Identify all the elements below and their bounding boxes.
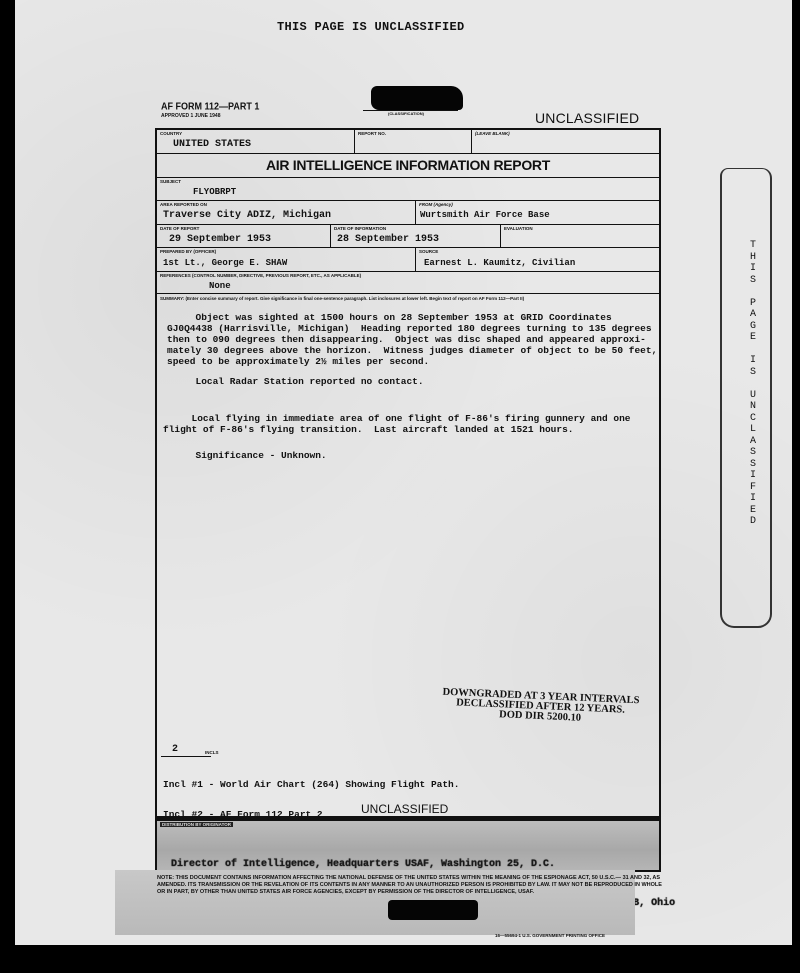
summary-paragraph: Object was sighted at 1500 hours on 28 S… xyxy=(167,312,657,367)
label-country: COUNTRY xyxy=(160,131,182,136)
form-id: AF FORM 112—PART 1 xyxy=(161,101,259,112)
value-source: Earnest L. Kaumitz, Civilian xyxy=(424,258,575,268)
value-prepared-by: 1st Lt., George E. SHAW xyxy=(163,258,287,268)
label-date-of-report: DATE OF REPORT xyxy=(160,226,199,231)
classification-caption: (CLASSIFICATION) xyxy=(388,111,424,116)
report-title: AIR INTELLIGENCE INFORMATION REPORT xyxy=(157,157,659,173)
row-area: AREA REPORTED ON Traverse City ADIZ, Mic… xyxy=(157,201,659,225)
field-from: FROM (Agency) Wurtsmith Air Force Base xyxy=(415,201,659,224)
espionage-act-notice: NOTE: THIS DOCUMENT CONTAINS INFORMATION… xyxy=(157,875,663,896)
row-subject: SUBJECT FLYOBRPT xyxy=(157,178,659,201)
field-date-of-information: DATE OF INFORMATION 28 September 1953 xyxy=(330,225,500,247)
label-source: SOURCE xyxy=(419,249,438,254)
field-evaluation: EVALUATION xyxy=(500,225,659,247)
distribution-box: DISTRIBUTION BY ORIGINATOR Director of I… xyxy=(155,818,661,872)
top-classification-banner: THIS PAGE IS UNCLASSIFIED xyxy=(277,20,465,34)
label-date-of-information: DATE OF INFORMATION xyxy=(334,226,386,231)
label-leave-blank: (LEAVE BLANK) xyxy=(475,131,510,136)
value-from: Wurtsmith Air Force Base xyxy=(420,210,550,220)
value-country: UNITED STATES xyxy=(173,139,251,150)
summary-paragraph: Significance - Unknown. xyxy=(167,450,657,461)
label-report-no: REPORT NO. xyxy=(358,131,386,136)
label-prepared-by: PREPARED BY (Officer) xyxy=(160,249,216,254)
field-leave-blank: (LEAVE BLANK) xyxy=(471,130,659,153)
redaction-mark xyxy=(371,86,463,110)
label-references: REFERENCES (Control number, directive, p… xyxy=(160,273,361,278)
field-date-of-report: DATE OF REPORT 29 September 1953 xyxy=(157,225,330,247)
side-classification-banner: T H I S P A G E I S U N C L A S S I F I … xyxy=(746,240,760,528)
value-area: Traverse City ADIZ, Michigan xyxy=(163,210,331,221)
inclosure-item: Incl #1 - World Air Chart (264) Showing … xyxy=(163,780,459,790)
declassification-stamp: DOWNGRADED AT 3 YEAR INTERVALS DECLASSIF… xyxy=(441,688,639,727)
field-source: SOURCE Earnest L. Kaumitz, Civilian xyxy=(415,248,659,271)
value-subject: FLYOBRPT xyxy=(193,187,236,197)
field-prepared-by: PREPARED BY (Officer) 1st Lt., George E.… xyxy=(157,248,415,271)
field-area: AREA REPORTED ON Traverse City ADIZ, Mic… xyxy=(157,201,415,224)
inclosure-count: 2 xyxy=(172,744,178,755)
summary-paragraph: Local flying in immediate area of one fl… xyxy=(163,413,653,435)
value-date-of-information: 28 September 1953 xyxy=(337,234,439,245)
form-approved-date: APPROVED 1 JUNE 1948 xyxy=(161,113,220,119)
label-summary: SUMMARY: (Enter concise summary of repor… xyxy=(160,296,524,301)
redaction-mark xyxy=(388,900,478,920)
report-form: COUNTRY UNITED STATES REPORT NO. (LEAVE … xyxy=(155,128,661,818)
label-evaluation: EVALUATION xyxy=(504,226,533,231)
label-area: AREA REPORTED ON xyxy=(160,202,207,207)
inclosure-label: INCLS xyxy=(205,750,219,755)
row-title: AIR INTELLIGENCE INFORMATION REPORT xyxy=(157,154,659,178)
row-prepared: PREPARED BY (Officer) 1st Lt., George E.… xyxy=(157,248,659,272)
summary-paragraph: Local Radar Station reported no contact. xyxy=(167,376,657,387)
classification-stamp-top: UNCLASSIFIED xyxy=(535,110,639,126)
inclosure-count-line xyxy=(161,756,211,757)
classification-stamp-bottom: UNCLASSIFIED xyxy=(361,802,448,816)
value-references: None xyxy=(209,281,231,291)
row-country: COUNTRY UNITED STATES REPORT NO. (LEAVE … xyxy=(157,130,659,154)
scanned-page: THIS PAGE IS UNCLASSIFIED AF FORM 112—PA… xyxy=(15,0,792,945)
label-from: FROM (Agency) xyxy=(419,202,453,207)
value-date-of-report: 29 September 1953 xyxy=(169,234,271,245)
row-references: REFERENCES (Control number, directive, p… xyxy=(157,272,659,294)
printer-mark: 16—55694-1 U.S. GOVERNMENT PRINTING OFFI… xyxy=(495,933,605,938)
label-distribution: DISTRIBUTION BY ORIGINATOR xyxy=(160,822,233,827)
field-country: COUNTRY UNITED STATES xyxy=(157,130,354,153)
label-subject: SUBJECT xyxy=(160,179,181,184)
field-report-no: REPORT NO. xyxy=(354,130,471,153)
row-dates: DATE OF REPORT 29 September 1953 DATE OF… xyxy=(157,225,659,248)
